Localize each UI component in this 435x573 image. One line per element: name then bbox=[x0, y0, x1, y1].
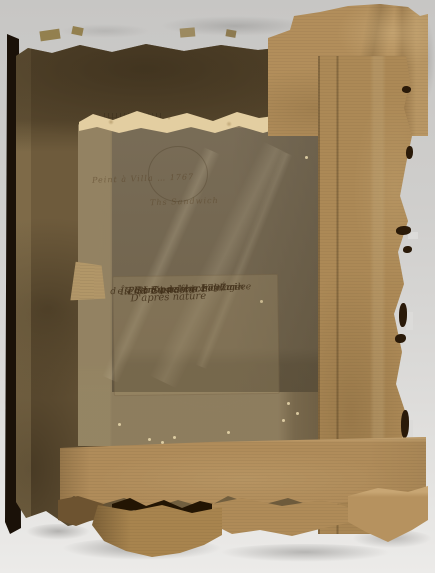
tear-hole bbox=[399, 303, 407, 327]
torn-paper-fragment bbox=[225, 29, 236, 38]
paint-speck bbox=[161, 441, 164, 444]
paint-speck bbox=[282, 419, 285, 422]
photo-backdrop: Peint à Villa … 1767 Ths Sandwich Portra… bbox=[0, 0, 435, 573]
paint-speck bbox=[118, 423, 121, 426]
tear-gap-light bbox=[406, 312, 413, 330]
paint-speck bbox=[287, 402, 290, 405]
tear-hole bbox=[406, 146, 413, 159]
paint-speck bbox=[305, 156, 308, 159]
torn-paper-fragment bbox=[180, 27, 196, 37]
tear-hole bbox=[395, 334, 406, 343]
paint-speck bbox=[296, 412, 299, 415]
torn-paper-fragment bbox=[39, 29, 60, 42]
paint-speck bbox=[227, 431, 230, 434]
tear-hole bbox=[403, 246, 412, 253]
tear-hole bbox=[396, 226, 411, 235]
tear-hole bbox=[401, 410, 409, 438]
paint-speck bbox=[173, 436, 176, 439]
floor-shadow bbox=[26, 524, 90, 540]
inscription-signature: Ths Sandwich bbox=[126, 283, 209, 299]
floor-shadow bbox=[220, 544, 390, 562]
paint-speck bbox=[148, 438, 151, 441]
